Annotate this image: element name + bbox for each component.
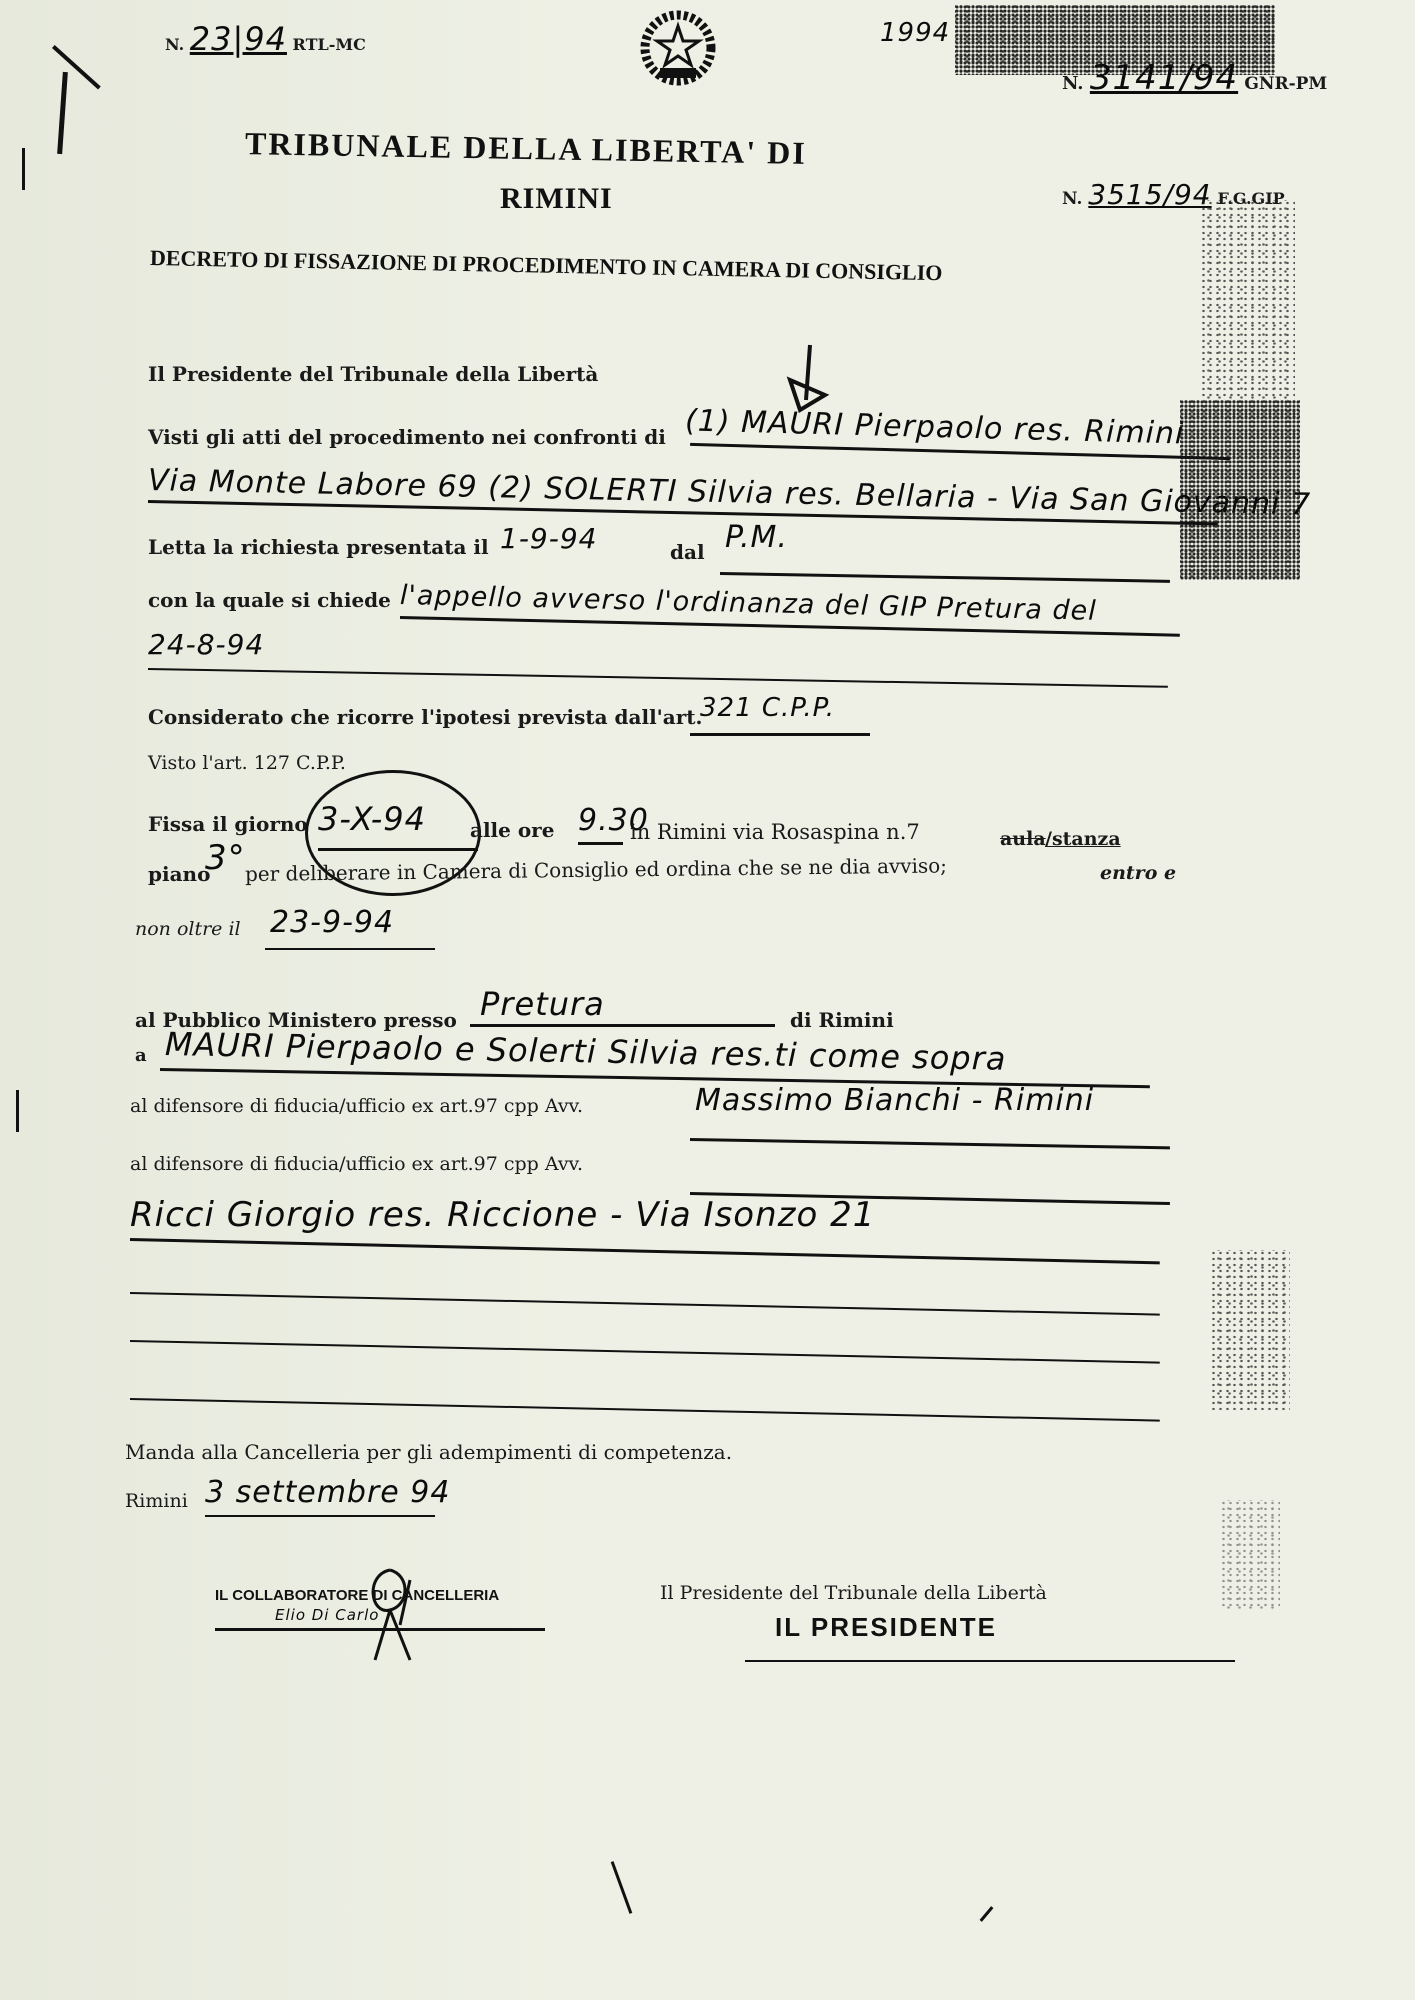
piano-value: 3° (205, 838, 246, 878)
blank-line (130, 1398, 1160, 1422)
pm-value: Pretura (480, 985, 605, 1023)
fissa-date: 3-X-94 (318, 800, 426, 838)
underline (130, 1238, 1160, 1264)
ref-right2-number: 3515/94 (1088, 178, 1211, 211)
ref-left-number: 23|94 (190, 20, 287, 58)
dal-label: dal (670, 540, 705, 564)
year-note: 1994 (880, 18, 950, 48)
aula-struck: aula (1000, 828, 1046, 850)
presidente-caption: Il Presidente del Tribunale della Libert… (660, 1582, 1047, 1604)
a-label: a (135, 1045, 147, 1066)
ref-right1-suffix: GNR-PM (1244, 74, 1327, 94)
underline (470, 1024, 775, 1027)
scan-noise (1220, 1500, 1280, 1610)
margin-mark (57, 72, 68, 154)
margin-mark (22, 148, 25, 190)
luogo-data-label: Rimini (125, 1490, 188, 1512)
difensore-label-1: al difensore di fiducia/ufficio ex art.9… (130, 1095, 583, 1117)
dal-value: P.M. (725, 520, 788, 555)
ref-left-prefix: N. (165, 35, 184, 54)
letta-date: 1-9-94 (500, 522, 597, 555)
ref-right1-prefix: N. (1062, 73, 1084, 94)
ref-left-suffix: RTL-MC (293, 35, 366, 54)
stray-mark (611, 1861, 633, 1914)
underline (148, 668, 1168, 688)
presidente-stamp: IL PRESIDENTE (775, 1612, 997, 1643)
underline (318, 848, 478, 851)
manda-text: Manda alla Cancelleria per gli adempimen… (125, 1440, 732, 1464)
ref-right-1: N. 3141/94 GNR-PM (1062, 58, 1327, 98)
margin-mark (52, 45, 101, 89)
chiede-label: con la quale si chiede (148, 588, 391, 612)
stanza-text: /stanza (1045, 828, 1121, 850)
underline (265, 948, 435, 950)
visti-label: Visti gli atti del procedimento nei conf… (148, 425, 666, 449)
underline (205, 1515, 435, 1517)
ore-label: alle ore (470, 818, 554, 842)
non-oltre-label: non oltre il (135, 918, 241, 940)
non-oltre-value: 23-9-94 (270, 905, 394, 940)
underline (578, 842, 623, 845)
ref-right2-prefix: N. (1062, 189, 1082, 209)
visto-label: Visto l'art. 127 C.P.P. (148, 752, 346, 774)
signature-line (745, 1660, 1235, 1662)
margin-mark (16, 1090, 19, 1132)
difensore-label-2: al difensore di fiducia/ufficio ex art.9… (130, 1153, 583, 1175)
stray-mark (980, 1906, 994, 1922)
letta-label: Letta la richiesta presentata il (148, 535, 489, 559)
title-line1: TRIBUNALE DELLA LIBERTA' DI (245, 125, 807, 172)
piano-label: piano (148, 862, 210, 886)
fissa-label: Fissa il giorno (148, 812, 308, 836)
scan-noise (1210, 1250, 1290, 1410)
chiede-value-2: 24-8-94 (148, 628, 264, 661)
scan-noise (1200, 200, 1295, 400)
title-line2: RIMINI (500, 182, 613, 216)
considerato-label: Considerato che ricorre l'ipotesi previs… (148, 705, 703, 729)
considerato-value: 321 C.P.P. (700, 693, 835, 723)
italian-republic-emblem-icon (640, 10, 716, 86)
document-page: N. 23|94 RTL-MC 1994 N. 3141/94 GNR-PM T… (0, 0, 1415, 2000)
underline (690, 1138, 1170, 1149)
di-rimini-text: di Rimini (790, 1008, 894, 1032)
difensore-value-1: Massimo Bianchi - Rimini (695, 1083, 1094, 1118)
luogo-data-value: 3 settembre 94 (205, 1475, 450, 1510)
ref-right1-number: 3141/94 (1090, 58, 1238, 98)
document-subtitle: DECRETO DI FISSAZIONE DI PROCEDIMENTO IN… (150, 245, 943, 286)
difensore-value-2: Ricci Giorgio res. Riccione - Via Isonzo… (130, 1195, 875, 1235)
intro-text: Il Presidente del Tribunale della Libert… (148, 362, 598, 386)
signature-scribble-icon (355, 1565, 425, 1665)
ref-left: N. 23|94 RTL-MC (165, 20, 366, 58)
entro-text: entro e (1100, 862, 1176, 884)
blank-line (130, 1292, 1160, 1316)
underline (690, 733, 870, 736)
blank-line (130, 1340, 1160, 1364)
underline (720, 572, 1170, 583)
luogo-text: in Rimini via Rosaspina n.7 (630, 820, 920, 844)
